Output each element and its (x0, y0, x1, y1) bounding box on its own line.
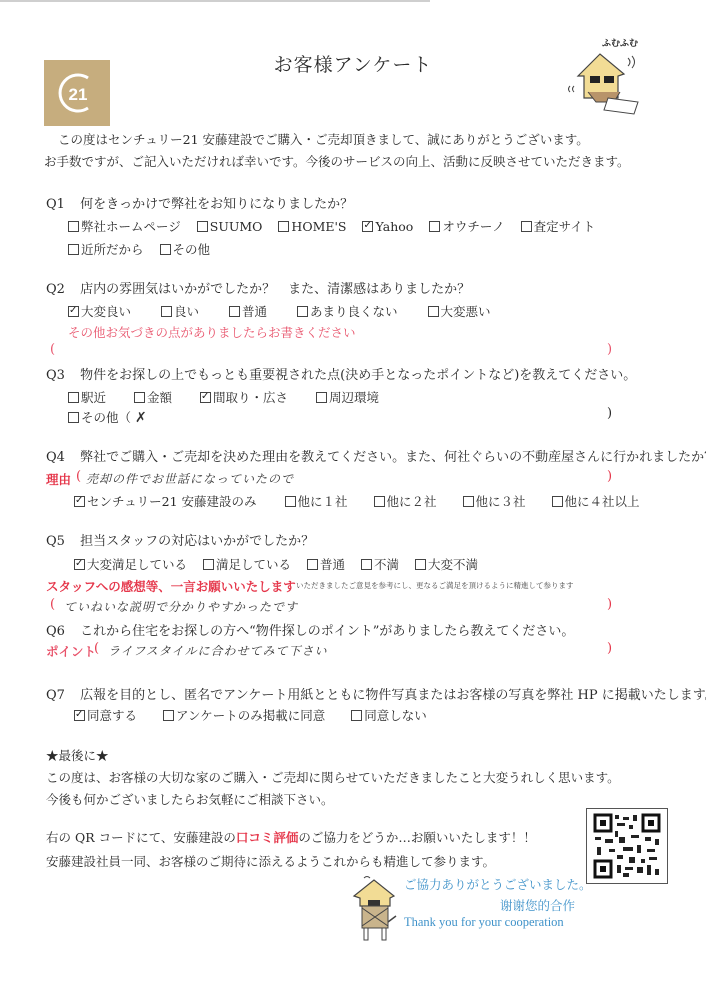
q7-number: Q7 (46, 688, 76, 703)
option-label: 弊社ホームページ (81, 219, 181, 234)
checkbox-unchecked[interactable] (428, 306, 439, 317)
q2-option-good[interactable]: 良い (161, 302, 199, 320)
q3-option-price[interactable]: 金額 (134, 388, 172, 406)
option-label: 同意しない (364, 708, 427, 723)
q7-option-disagree[interactable]: 同意しない (351, 706, 427, 724)
option-label: 金額 (147, 390, 172, 405)
thanks-english: Thank you for your cooperation (404, 915, 564, 930)
checkbox-unchecked[interactable] (297, 306, 308, 317)
q4-option-4plus[interactable]: 他に４社以上 (552, 492, 640, 510)
checkbox-checked[interactable] (68, 306, 79, 317)
q2-option-very-bad[interactable]: 大変悪い (428, 302, 491, 320)
intro-line-2: お手数ですが、ご記入いただければ幸いです。今後のサービスの向上、活動に反映させて… (44, 152, 630, 170)
q7-option-agree[interactable]: 同意する (74, 706, 137, 724)
checkbox-unchecked[interactable] (415, 559, 426, 570)
option-label: その他 (173, 242, 211, 257)
option-label: オウチーノ (442, 219, 504, 234)
checkbox-unchecked[interactable] (160, 244, 171, 255)
q6-point-field[interactable]: ライフスタイルに合わせてみて下さい (108, 642, 328, 659)
q3-option-layout[interactable]: 間取り・広さ (200, 388, 288, 406)
q5-paren-open: ( (50, 597, 55, 612)
q3-other-label: その他（ (81, 410, 131, 425)
q1-option-ouchino[interactable]: オウチーノ (429, 217, 504, 235)
checkbox-unchecked[interactable] (134, 392, 145, 403)
option-label: 近所だから (81, 242, 144, 257)
q4-text: 弊社でご購入・ご売却を決めた理由を教えてください。また、何社ぐらいの不動産屋さん… (80, 450, 706, 465)
checkbox-checked[interactable] (74, 710, 85, 721)
q7-options: 同意する アンケートのみ掲載に同意 同意しない (74, 706, 439, 724)
intro-line-1: この度はセンチュリー21 安藤建設でご購入・ご売却頂きまして、誠にありがとうござ… (58, 130, 589, 148)
checkbox-checked[interactable] (74, 559, 85, 570)
q4-paren-close: ) (607, 469, 612, 484)
q3-options: 駅近 金額 間取り・広さ 周辺環境 (68, 388, 391, 406)
checkbox-unchecked[interactable] (68, 221, 79, 232)
option-label: SUUMO (210, 219, 263, 234)
q4-option-3[interactable]: 他に３社 (463, 492, 526, 510)
checkbox-unchecked[interactable] (521, 221, 532, 232)
q1-question: Q1 何をきっかけで弊社をお知りになりましたか？ (46, 193, 353, 212)
q3-question: Q3 物件をお探しの上でもっとも重要視された点(決め手となったポイントなど)を教… (46, 364, 636, 383)
option-label: 周辺環境 (329, 390, 379, 405)
checkbox-unchecked[interactable] (285, 496, 296, 507)
option-label: 他に４社以上 (565, 494, 640, 509)
checkbox-unchecked[interactable] (161, 306, 172, 317)
q7-text: 広報を目的とし、匿名でアンケート用紙とともに物件写真またはお客様の写真を弊社 H… (80, 688, 706, 703)
option-label: 大変良い (81, 304, 131, 319)
q3-other-row: その他（ ✗ (68, 408, 148, 426)
option-label: 他に３社 (476, 494, 526, 509)
q1-option-suumo[interactable]: SUUMO (197, 219, 263, 234)
q7-question: Q7 広報を目的とし、匿名でアンケート用紙とともに物件写真またはお客様の写真を弊… (46, 684, 706, 703)
option-label: 駅近 (81, 390, 106, 405)
checkbox-unchecked[interactable] (316, 392, 327, 403)
option-label: 他に２社 (387, 494, 437, 509)
mascot-bowing-illustration (350, 872, 400, 942)
q4-option-1[interactable]: 他に１社 (285, 492, 348, 510)
checkbox-unchecked[interactable] (552, 496, 563, 507)
q2-option-very-good[interactable]: 大変良い (68, 302, 131, 320)
q6-question: Q6 これから住宅をお探しの方へ“物件探しのポイント”がありましたら教えてくださ… (46, 620, 574, 639)
q4-question: Q4 弊社でご購入・ご売却を決めた理由を教えてください。また、何社ぐらいの不動産… (46, 446, 706, 465)
q1-option-assessment-site[interactable]: 査定サイト (521, 217, 596, 235)
q2-paren-close: ) (607, 342, 612, 357)
q4-number: Q4 (46, 450, 76, 465)
option-label: 間取り・広さ (213, 390, 288, 405)
option-label: Yahoo (375, 219, 413, 234)
q1-option-homes[interactable]: HOME'S (278, 219, 346, 234)
q5-option-very-satisfied[interactable]: 大変満足している (74, 555, 187, 573)
q2-paren-open: ( (50, 342, 55, 357)
q3-option-station[interactable]: 駅近 (68, 388, 106, 406)
option-label: アンケートのみ掲載に同意 (176, 708, 325, 723)
option-label: 他に１社 (298, 494, 348, 509)
q4-paren-open: ( (76, 469, 81, 484)
checkbox-unchecked[interactable] (361, 559, 372, 570)
q5-options: 大変満足している 満足している 普通 不満 大変不満 (74, 555, 490, 573)
qr-code[interactable] (586, 808, 668, 884)
q1-option-homepage[interactable]: 弊社ホームページ (68, 217, 181, 235)
checkbox-unchecked[interactable] (68, 392, 79, 403)
checkbox-checked[interactable] (362, 221, 373, 232)
option-label: 普通 (320, 557, 345, 572)
q3-other-field[interactable]: ✗ (135, 410, 148, 426)
q6-point-label: ポイント (46, 642, 96, 660)
q2-number: Q2 (46, 282, 76, 297)
checkbox-checked[interactable] (74, 496, 85, 507)
q1-options-row1: 弊社ホームページ SUUMO HOME'S Yahoo オウチーノ 査定サイト (68, 217, 607, 235)
q6-text: これから住宅をお探しの方へ“物件探しのポイント”がありましたら教えてください。 (80, 624, 574, 639)
q5-number: Q5 (46, 534, 76, 549)
q1-number: Q1 (46, 197, 76, 212)
q1-option-yahoo[interactable]: Yahoo (362, 219, 413, 234)
q3-text: 物件をお探しの上でもっとも重要視された点(決め手となったポイントなど)を教えてく… (80, 368, 636, 383)
q2-comment-prompt: その他お気づきの点がありましたらお書きください (68, 323, 356, 341)
q6-paren-close: ) (607, 641, 612, 656)
q5-comment-prompt: スタッフへの感想等、一言お願いいたします (46, 577, 296, 595)
option-label: 大変不満 (428, 557, 478, 572)
q6-number: Q6 (46, 624, 76, 639)
checkbox-unchecked[interactable] (229, 306, 240, 317)
q5-option-satisfied[interactable]: 満足している (203, 555, 291, 573)
q4-reason-field[interactable]: 売却の件でお世話になっていたので (86, 470, 294, 487)
q1-options-row2: 近所だから その他 (68, 240, 222, 258)
option-label: あまり良くない (310, 304, 398, 319)
q2-question: Q2 店内の雰囲気はいかがでしたか？ また、清潔感はありましたか？ (46, 278, 470, 297)
q2-options: 大変良い 良い 普通 あまり良くない 大変悪い (68, 302, 503, 320)
checkbox-unchecked[interactable] (429, 221, 440, 232)
checkbox-unchecked[interactable] (197, 221, 208, 232)
q1-option-nearby[interactable]: 近所だから (68, 240, 144, 258)
q5-text: 担当スタッフの対応はいかがでしたか？ (80, 534, 314, 549)
option-label: 満足している (216, 557, 291, 572)
q4-option-only-c21[interactable]: センチュリー21 安藤建設のみ (74, 492, 257, 510)
q1-text: 何をきっかけで弊社をお知りになりましたか？ (80, 197, 353, 212)
q5-option-normal[interactable]: 普通 (307, 555, 345, 573)
mascot-reading-illustration: ふむふむ (568, 36, 668, 116)
checkbox-unchecked[interactable] (351, 710, 362, 721)
closing-qr-line: 右の QR コードにて、安藤建設の口コミ評価のご協力をどうか…お願いいたします！… (46, 828, 536, 846)
closing-line-2: 今後も何かございましたらお気軽にご相談下さい。 (46, 790, 334, 808)
option-label: センチュリー21 安藤建設のみ (87, 494, 257, 509)
checkbox-unchecked[interactable] (278, 221, 289, 232)
svg-text:21: 21 (69, 85, 88, 104)
q3-paren-close: ) (607, 406, 612, 421)
checkbox-unchecked[interactable] (374, 496, 385, 507)
option-label: 不満 (374, 557, 399, 572)
q1-option-other[interactable]: その他 (160, 240, 211, 258)
q3-option-environment[interactable]: 周辺環境 (316, 388, 379, 406)
checkbox-unchecked[interactable] (68, 412, 79, 423)
q2-option-not-good[interactable]: あまり良くない (297, 302, 398, 320)
closing-line-3: 安藤建設社員一同、お客様のご期待に添えるようこれからも精進して参ります。 (46, 852, 495, 870)
review-highlight: 口コミ評価 (236, 830, 299, 845)
qr-line-suffix: のご協力をどうか…お願いいたします！！ (298, 830, 536, 845)
q4-option-2[interactable]: 他に２社 (374, 492, 437, 510)
q2-text: 店内の雰囲気はいかがでしたか？ また、清潔感はありましたか？ (80, 282, 470, 297)
option-label: 同意する (87, 708, 137, 723)
checkbox-unchecked[interactable] (203, 559, 214, 570)
closing-heading: ★最後に★ (46, 746, 109, 764)
checkbox-unchecked[interactable] (163, 710, 174, 721)
checkbox-unchecked[interactable] (463, 496, 474, 507)
thanks-japanese: ご協力ありがとうございました。 (404, 875, 592, 893)
q5-option-dissatisfied[interactable]: 不満 (361, 555, 399, 573)
option-label: 大変満足している (87, 557, 187, 572)
checkbox-checked[interactable] (200, 392, 211, 403)
q2-option-normal[interactable]: 普通 (229, 302, 267, 320)
option-label: 普通 (242, 304, 267, 319)
qr-line-prefix: 右の QR コードにて、安藤建設の (46, 830, 236, 845)
q4-options: センチュリー21 安藤建設のみ 他に１社 他に２社 他に３社 他に４社以上 (74, 492, 652, 510)
q3-number: Q3 (46, 368, 76, 383)
q5-paren-close: ) (607, 597, 612, 612)
checkbox-unchecked[interactable] (307, 559, 318, 570)
option-label: HOME'S (291, 219, 346, 234)
option-label: 査定サイト (534, 219, 596, 234)
option-label: 大変悪い (441, 304, 491, 319)
q5-option-very-dissatisfied[interactable]: 大変不満 (415, 555, 478, 573)
closing-line-1: この度は、お客様の大切な家のご購入・ご売却に関らせていただきましたこと大変うれし… (46, 768, 620, 786)
q5-comment-field[interactable]: ていねいな説明で分かりやすかったです (64, 598, 298, 615)
q4-reason-label: 理由 (46, 470, 71, 488)
thanks-chinese: 谢谢您的合作 (500, 896, 575, 914)
q5-comment-note: いただきましたご意見を参考にし、更なるご満足を頂けるように精進して参ります (296, 580, 574, 591)
scan-edge (0, 0, 430, 2)
checkbox-unchecked[interactable] (68, 244, 79, 255)
q7-option-survey-only[interactable]: アンケートのみ掲載に同意 (163, 706, 325, 724)
q5-question: Q5 担当スタッフの対応はいかがでしたか？ (46, 530, 314, 549)
q6-paren-open: ( (94, 641, 99, 656)
option-label: 良い (174, 304, 199, 319)
